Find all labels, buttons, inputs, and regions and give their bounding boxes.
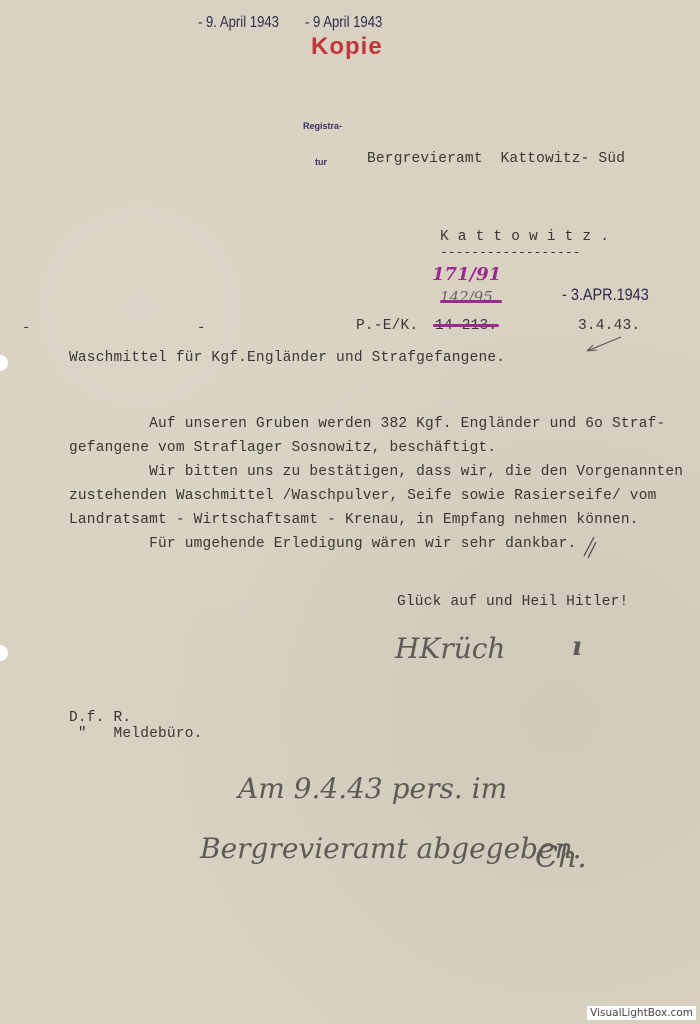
registry-stamp: Registra- tur — [303, 96, 339, 192]
handwritten-note-initials: Ch. — [535, 840, 587, 875]
handwritten-reference-new: 171/91 — [432, 264, 501, 285]
punch-hole — [0, 645, 8, 661]
date-received-stamp: - 3.APR.1943 — [562, 285, 649, 305]
margin-mark: - — [22, 320, 30, 336]
margin-mark: - — [197, 320, 205, 336]
body-line: zustehenden Waschmittel /Waschpulver, Se… — [69, 488, 657, 504]
initial-mark: ı — [572, 632, 582, 662]
check-mark-icon — [585, 333, 625, 355]
city-underline: ------------------ — [440, 245, 580, 260]
letter-date: 3.4.43. — [578, 318, 640, 334]
closing-greeting: Glück auf und Heil Hitler! — [397, 594, 628, 610]
signature: HKrüch — [395, 632, 505, 665]
body-line: gefangene vom Straflager Sosnowitz, besc… — [69, 440, 496, 456]
strikethrough-mark — [440, 300, 502, 303]
handwritten-note-line-1: Am 9.4.43 pers. im — [238, 772, 507, 805]
body-line: Landratsamt - Wirtschaftsamt - Krenau, i… — [69, 512, 639, 528]
reference-code-prefix: P.-E/K. — [356, 318, 418, 334]
strikethrough-mark — [433, 324, 499, 327]
body-line: Auf unseren Gruben werden 382 Kgf. Englä… — [69, 416, 665, 432]
handwritten-note-line-2: Bergrevieramt abgegeben. — [200, 832, 582, 865]
registry-stamp-line2: tur — [303, 156, 339, 168]
distribution-line-1: D.f. R. — [69, 710, 131, 726]
received-date-stamp: - 9. April 1943 — [198, 14, 279, 32]
subject-line: Waschmittel für Kgf.Engländer und Strafg… — [69, 350, 505, 366]
body-line: Wir bitten uns zu bestätigen, dass wir, … — [69, 464, 683, 480]
watermark: VisualLightBox.com — [587, 1006, 696, 1020]
document-page: - 9. April 1943 - 9 April 1943 Kopie Reg… — [0, 0, 700, 1024]
punch-hole — [0, 355, 8, 371]
handwritten-slash-mark-icon — [580, 534, 598, 560]
received-date-stamp-2: - 9 April 1943 — [305, 14, 382, 32]
city-heading: K a t t o w i t z . — [440, 229, 609, 245]
body-line: Für umgehende Erledigung wären wir sehr … — [69, 536, 576, 552]
distribution-line-2: " Meldebüro. — [69, 726, 203, 742]
registry-stamp-line1: Registra- — [303, 120, 339, 132]
handwritten-reference-old: 142/95 — [440, 288, 493, 306]
copy-stamp: Kopie — [311, 33, 383, 61]
sender-office: Bergrevieramt Kattowitz- Süd — [367, 151, 625, 167]
